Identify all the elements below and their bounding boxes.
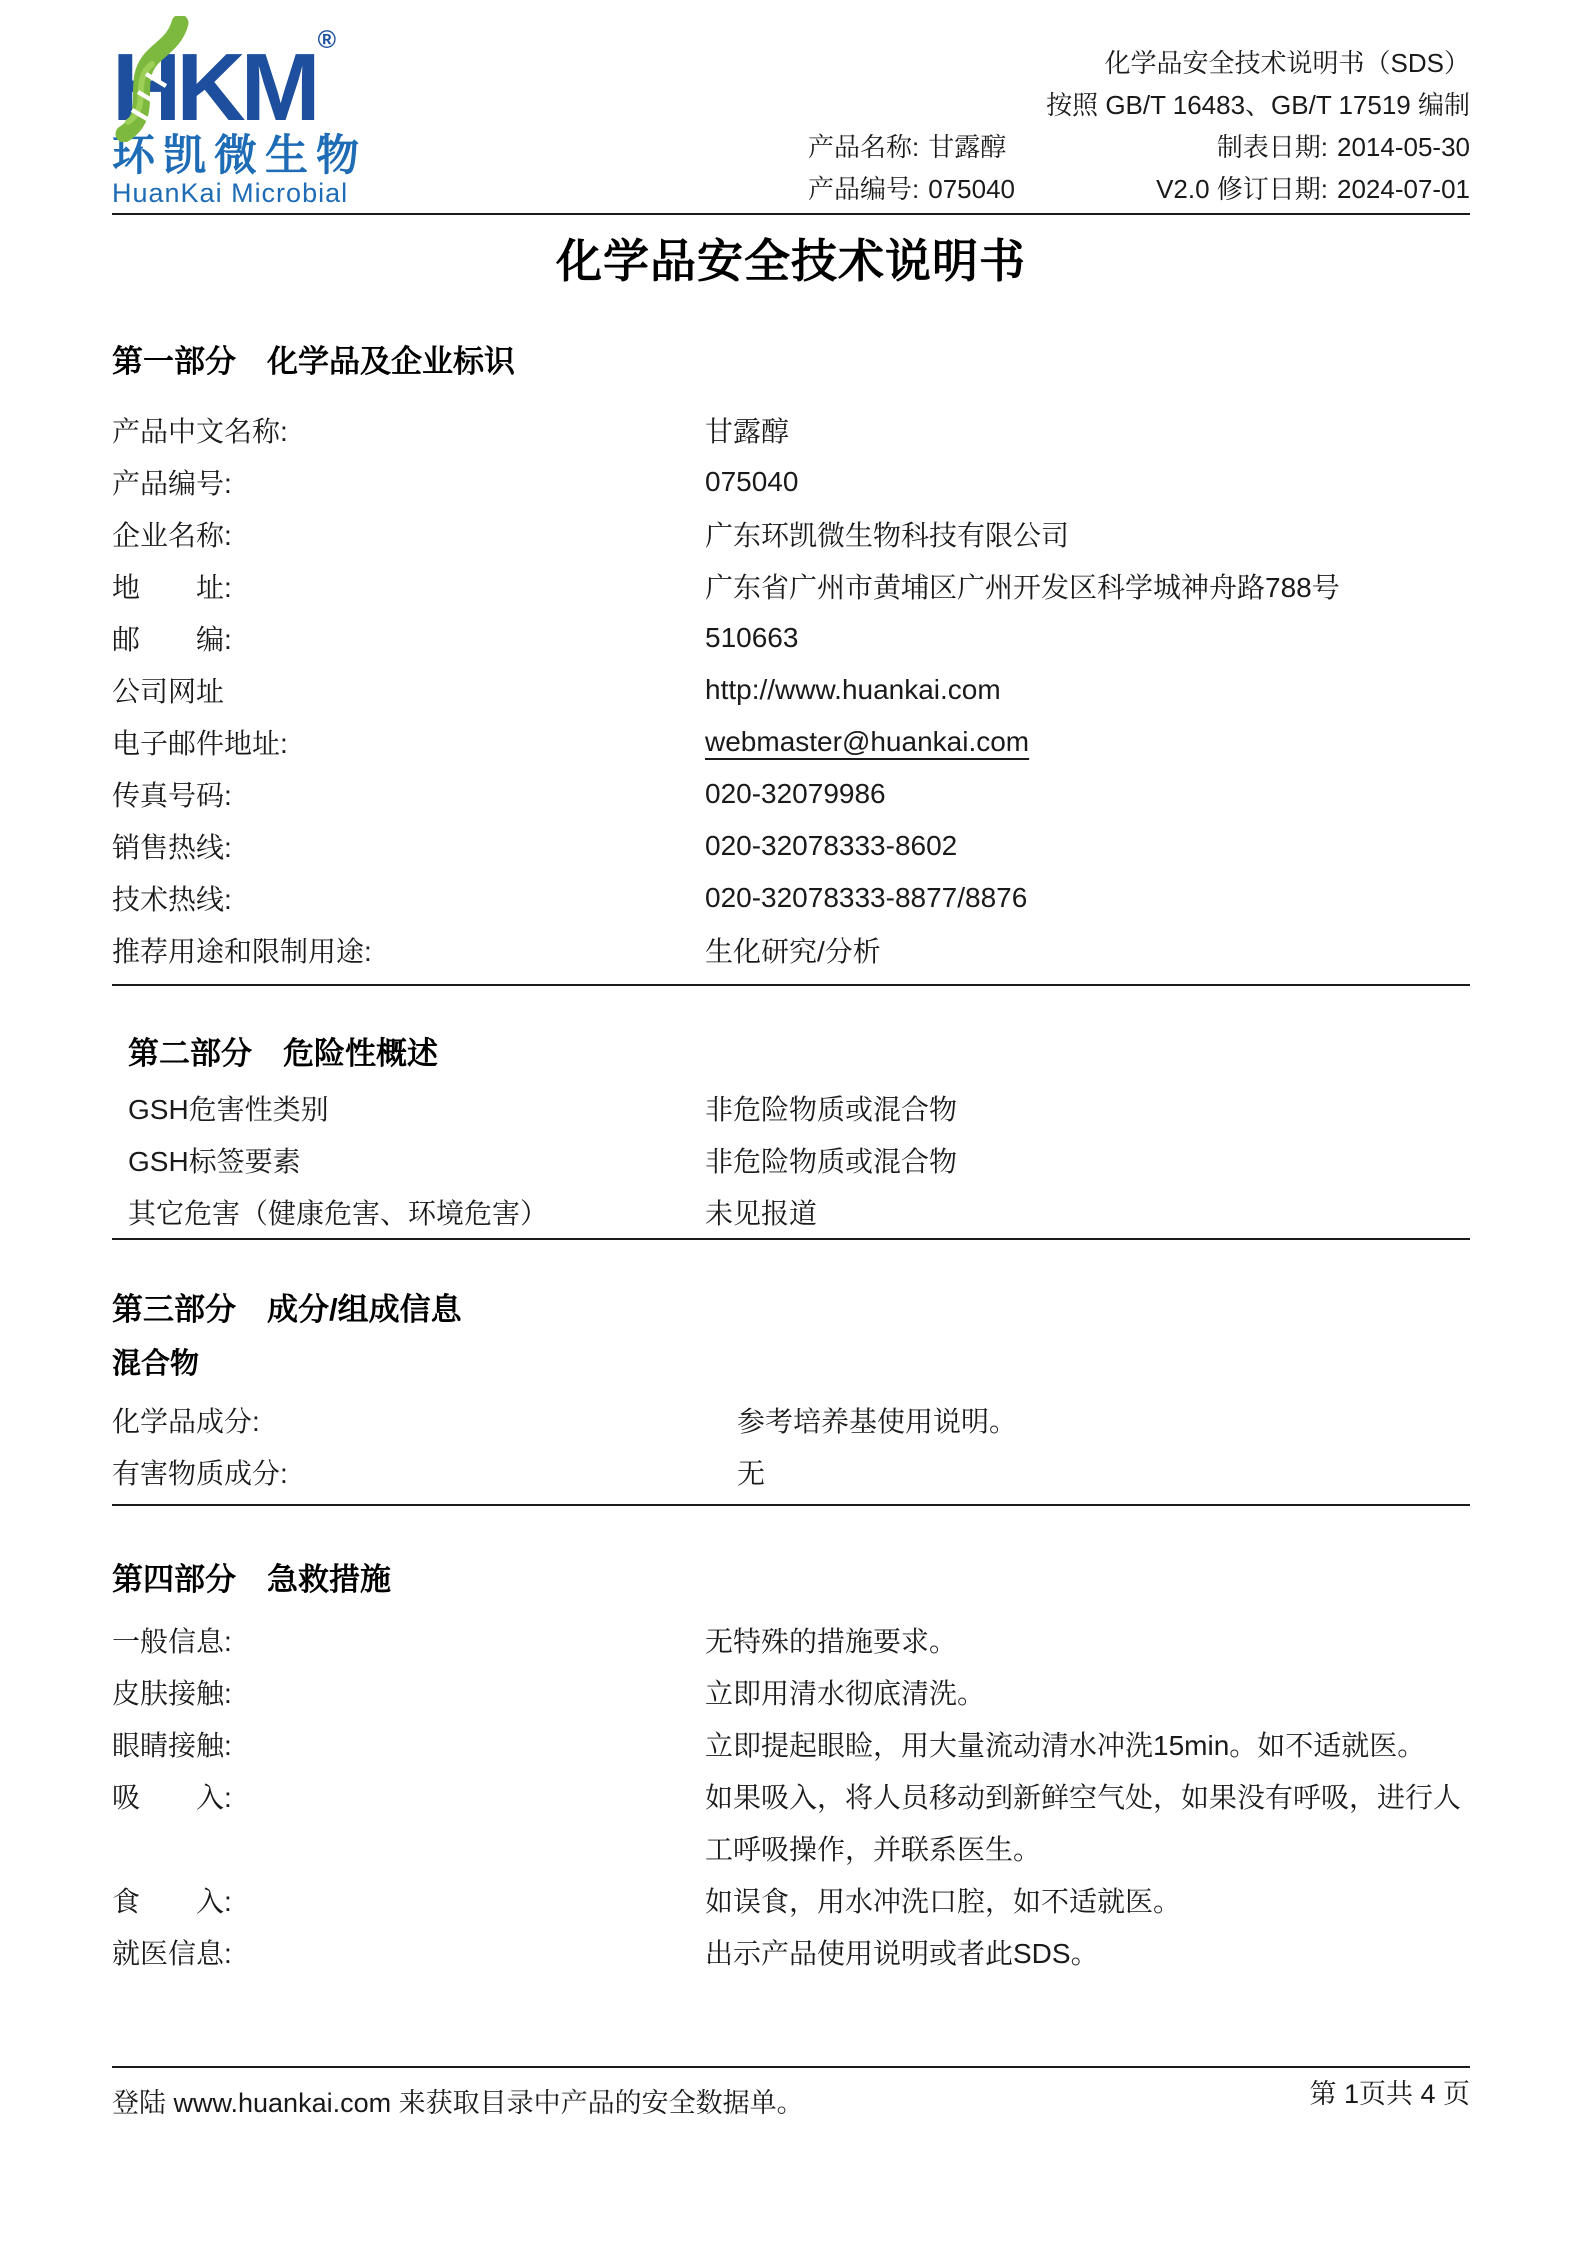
medical-advice-label: 就医信息: <box>112 1932 705 1972</box>
ghs-label-elements-row: GSH标签要素 非危险物质或混合物 <box>128 1134 1470 1186</box>
section1-rows: 产品中文名称: 甘露醇 产品编号: 075040 企业名称: 广东环凯微生物科技… <box>112 404 1470 976</box>
hazardous-components-label: 有害物质成分: <box>112 1452 705 1492</box>
address-label: 地 址: <box>112 566 705 606</box>
ingestion-label: 食 入: <box>112 1880 705 1920</box>
hazardous-components-value: 无 <box>705 1452 1470 1492</box>
header-product-code-row: 产品编号:075040 V2.0 修订日期:2024-07-01 <box>808 168 1470 210</box>
chemical-composition-row: 化学品成分: 参考培养基使用说明。 <box>112 1394 1470 1446</box>
chemical-composition-value: 参考培养基使用说明。 <box>705 1400 1470 1440</box>
address-value: 广东省广州市黄埔区广州开发区科学城神舟路788号 <box>705 566 1470 606</box>
website-value: http://www.huankai.com <box>705 674 1470 706</box>
logo-en-name: HuanKai Microbial <box>112 179 432 207</box>
revision-label: V2.0 修订日期: <box>1156 174 1328 204</box>
tech-hotline-value: 020-32078333-8877/8876 <box>705 882 1470 914</box>
skin-contact-label: 皮肤接触: <box>112 1672 705 1712</box>
eye-contact-value: 立即提起眼睑，用大量流动清水冲洗15min。如不适就医。 <box>705 1724 1470 1764</box>
page-number: 第 1页共 4 页 <box>1309 2072 1470 2111</box>
recommended-use-value: 生化研究/分析 <box>705 930 1470 970</box>
company-logo: HKM® 环凯微生物 HuanKai Microbial <box>112 26 432 213</box>
registered-mark-icon: ® <box>318 26 336 54</box>
product-name-label: 产品名称: <box>808 132 919 162</box>
section3-heading: 第三部分 成分/组成信息 <box>112 1290 1470 1330</box>
other-hazards-label: 其它危害（健康危害、环境危害） <box>128 1192 705 1232</box>
fax-row: 传真号码: 020-32079986 <box>112 768 1470 820</box>
page-footer: 登陆 www.huankai.com 来获取目录中产品的安全数据单。 第 1页共… <box>112 2066 1470 2120</box>
created-date-value: 2014-05-30 <box>1337 132 1470 162</box>
header-info: 化学品安全技术说明书（SDS） 按照 GB/T 16483、GB/T 17519… <box>808 42 1470 213</box>
medical-advice-value: 出示产品使用说明或者此SDS。 <box>705 1932 1470 1972</box>
eye-contact-row: 眼睛接触: 立即提起眼睑，用大量流动清水冲洗15min。如不适就医。 <box>112 1718 1470 1770</box>
product-cn-name-label: 产品中文名称: <box>112 410 705 450</box>
email-link[interactable]: webmaster@huankai.com <box>705 726 1470 758</box>
general-info-row: 一般信息: 无特殊的措施要求。 <box>112 1614 1470 1666</box>
website-label: 公司网址 <box>112 670 705 710</box>
fax-label: 传真号码: <box>112 774 705 814</box>
email-row: 电子邮件地址: webmaster@huankai.com <box>112 716 1470 768</box>
mixture-subheading: 混合物 <box>112 1344 1470 1384</box>
header-product-name: 产品名称:甘露醇 <box>808 126 1006 168</box>
created-date-label: 制表日期: <box>1217 132 1328 162</box>
revision-value: 2024-07-01 <box>1337 174 1470 204</box>
section2-rows: GSH危害性类别 非危险物质或混合物 GSH标签要素 非危险物质或混合物 其它危… <box>128 1082 1470 1238</box>
fax-value: 020-32079986 <box>705 778 1470 810</box>
company-name-value: 广东环凯微生物科技有限公司 <box>705 514 1470 554</box>
other-hazards-row: 其它危害（健康危害、环境危害） 未见报道 <box>128 1186 1470 1238</box>
inhalation-row: 吸 入: 如果吸入，将人员移动到新鲜空气处，如果没有呼吸，进行人 工呼吸操作，并… <box>112 1770 1470 1874</box>
sales-hotline-value: 020-32078333-8602 <box>705 830 1470 862</box>
product-name-value: 甘露醇 <box>928 132 1006 162</box>
sds-doc-type: 化学品安全技术说明书（SDS） <box>808 42 1470 84</box>
ghs-label-elements-value: 非危险物质或混合物 <box>705 1140 1470 1180</box>
logo-mark: HKM® <box>112 26 432 130</box>
sales-hotline-row: 销售热线: 020-32078333-8602 <box>112 820 1470 872</box>
section2-heading: 第二部分 危险性概述 <box>128 1034 1470 1074</box>
header-product-name-row: 产品名称:甘露醇 制表日期:2014-05-30 <box>808 126 1470 168</box>
page-header: HKM® 环凯微生物 HuanKai Microbial 化学品安全技术说明书（… <box>112 0 1470 215</box>
product-cn-name-value: 甘露醇 <box>705 410 1470 450</box>
product-code-value: 075040 <box>928 174 1015 204</box>
tech-hotline-row: 技术热线: 020-32078333-8877/8876 <box>112 872 1470 924</box>
general-info-label: 一般信息: <box>112 1620 705 1660</box>
ghs-label-elements-label: GSH标签要素 <box>128 1140 705 1180</box>
section-3-composition: 第三部分 成分/组成信息 混合物 化学品成分: 参考培养基使用说明。 有害物质成… <box>112 1290 1470 1506</box>
company-name-row: 企业名称: 广东环凯微生物科技有限公司 <box>112 508 1470 560</box>
ghs-hazard-class-row: GSH危害性类别 非危险物质或混合物 <box>128 1082 1470 1134</box>
hazardous-components-row: 有害物质成分: 无 <box>112 1446 1470 1498</box>
product-code-row: 产品编号: 075040 <box>112 456 1470 508</box>
document-title: 化学品安全技术说明书 <box>112 230 1470 292</box>
footer-note: 登陆 www.huankai.com 来获取目录中产品的安全数据单。 <box>112 2081 804 2120</box>
ingestion-row: 食 入: 如误食，用水冲洗口腔，如不适就医。 <box>112 1874 1470 1926</box>
ghs-hazard-class-value: 非危险物质或混合物 <box>705 1088 1470 1128</box>
chemical-composition-label: 化学品成分: <box>112 1400 705 1440</box>
recommended-use-label: 推荐用途和限制用途: <box>112 930 705 970</box>
company-name-label: 企业名称: <box>112 514 705 554</box>
logo-hkm-text: HKM <box>112 38 316 138</box>
header-product-code: 产品编号:075040 <box>808 168 1015 210</box>
inhalation-value-line2: 工呼吸操作，并联系医生。 <box>705 1822 1470 1874</box>
skin-contact-value: 立即用清水彻底清洗。 <box>705 1672 1470 1712</box>
postal-code-label: 邮 编: <box>112 618 705 658</box>
medical-advice-row: 就医信息: 出示产品使用说明或者此SDS。 <box>112 1926 1470 1978</box>
ingestion-value: 如误食，用水冲洗口腔，如不适就医。 <box>705 1880 1470 1920</box>
postal-code-row: 邮 编: 510663 <box>112 612 1470 664</box>
recommended-use-row: 推荐用途和限制用途: 生化研究/分析 <box>112 924 1470 976</box>
section-1-identification: 第一部分 化学品及企业标识 产品中文名称: 甘露醇 产品编号: 075040 企… <box>112 342 1470 986</box>
section4-rows: 一般信息: 无特殊的措施要求。 皮肤接触: 立即用清水彻底清洗。 眼睛接触: 立… <box>112 1614 1470 1978</box>
website-row: 公司网址 http://www.huankai.com <box>112 664 1470 716</box>
tech-hotline-label: 技术热线: <box>112 878 705 918</box>
general-info-value: 无特殊的措施要求。 <box>705 1620 1470 1660</box>
address-row: 地 址: 广东省广州市黄埔区广州开发区科学城神舟路788号 <box>112 560 1470 612</box>
product-code-label: 产品编号: <box>808 174 919 204</box>
header-created-date: 制表日期:2014-05-30 <box>1217 126 1470 168</box>
standard-note: 按照 GB/T 16483、GB/T 17519 编制 <box>808 84 1470 126</box>
product-cn-name-row: 产品中文名称: 甘露醇 <box>112 404 1470 456</box>
section3-rows: 化学品成分: 参考培养基使用说明。 有害物质成分: 无 <box>112 1394 1470 1498</box>
ghs-hazard-class-label: GSH危害性类别 <box>128 1088 705 1128</box>
skin-contact-row: 皮肤接触: 立即用清水彻底清洗。 <box>112 1666 1470 1718</box>
eye-contact-label: 眼睛接触: <box>112 1724 705 1764</box>
section1-heading: 第一部分 化学品及企业标识 <box>112 342 1470 382</box>
sales-hotline-label: 销售热线: <box>112 826 705 866</box>
other-hazards-value: 未见报道 <box>705 1192 1470 1232</box>
email-label: 电子邮件地址: <box>112 722 705 762</box>
product-code-field-label: 产品编号: <box>112 462 705 502</box>
section-2-hazards: 第二部分 危险性概述 GSH危害性类别 非危险物质或混合物 GSH标签要素 非危… <box>112 1034 1470 1240</box>
section-4-first-aid: 第四部分 急救措施 一般信息: 无特殊的措施要求。 皮肤接触: 立即用清水彻底清… <box>112 1560 1470 1978</box>
inhalation-label: 吸 入: <box>112 1770 705 1822</box>
product-code-field-value: 075040 <box>705 466 1470 498</box>
header-revision-date: V2.0 修订日期:2024-07-01 <box>1156 168 1470 210</box>
inhalation-value-line1: 如果吸入，将人员移动到新鲜空气处，如果没有呼吸，进行人 <box>705 1770 1470 1822</box>
inhalation-value: 如果吸入，将人员移动到新鲜空气处，如果没有呼吸，进行人 工呼吸操作，并联系医生。 <box>705 1770 1470 1874</box>
section4-heading: 第四部分 急救措施 <box>112 1560 1470 1600</box>
sds-page: HKM® 环凯微生物 HuanKai Microbial 化学品安全技术说明书（… <box>0 0 1587 2245</box>
postal-code-value: 510663 <box>705 622 1470 654</box>
